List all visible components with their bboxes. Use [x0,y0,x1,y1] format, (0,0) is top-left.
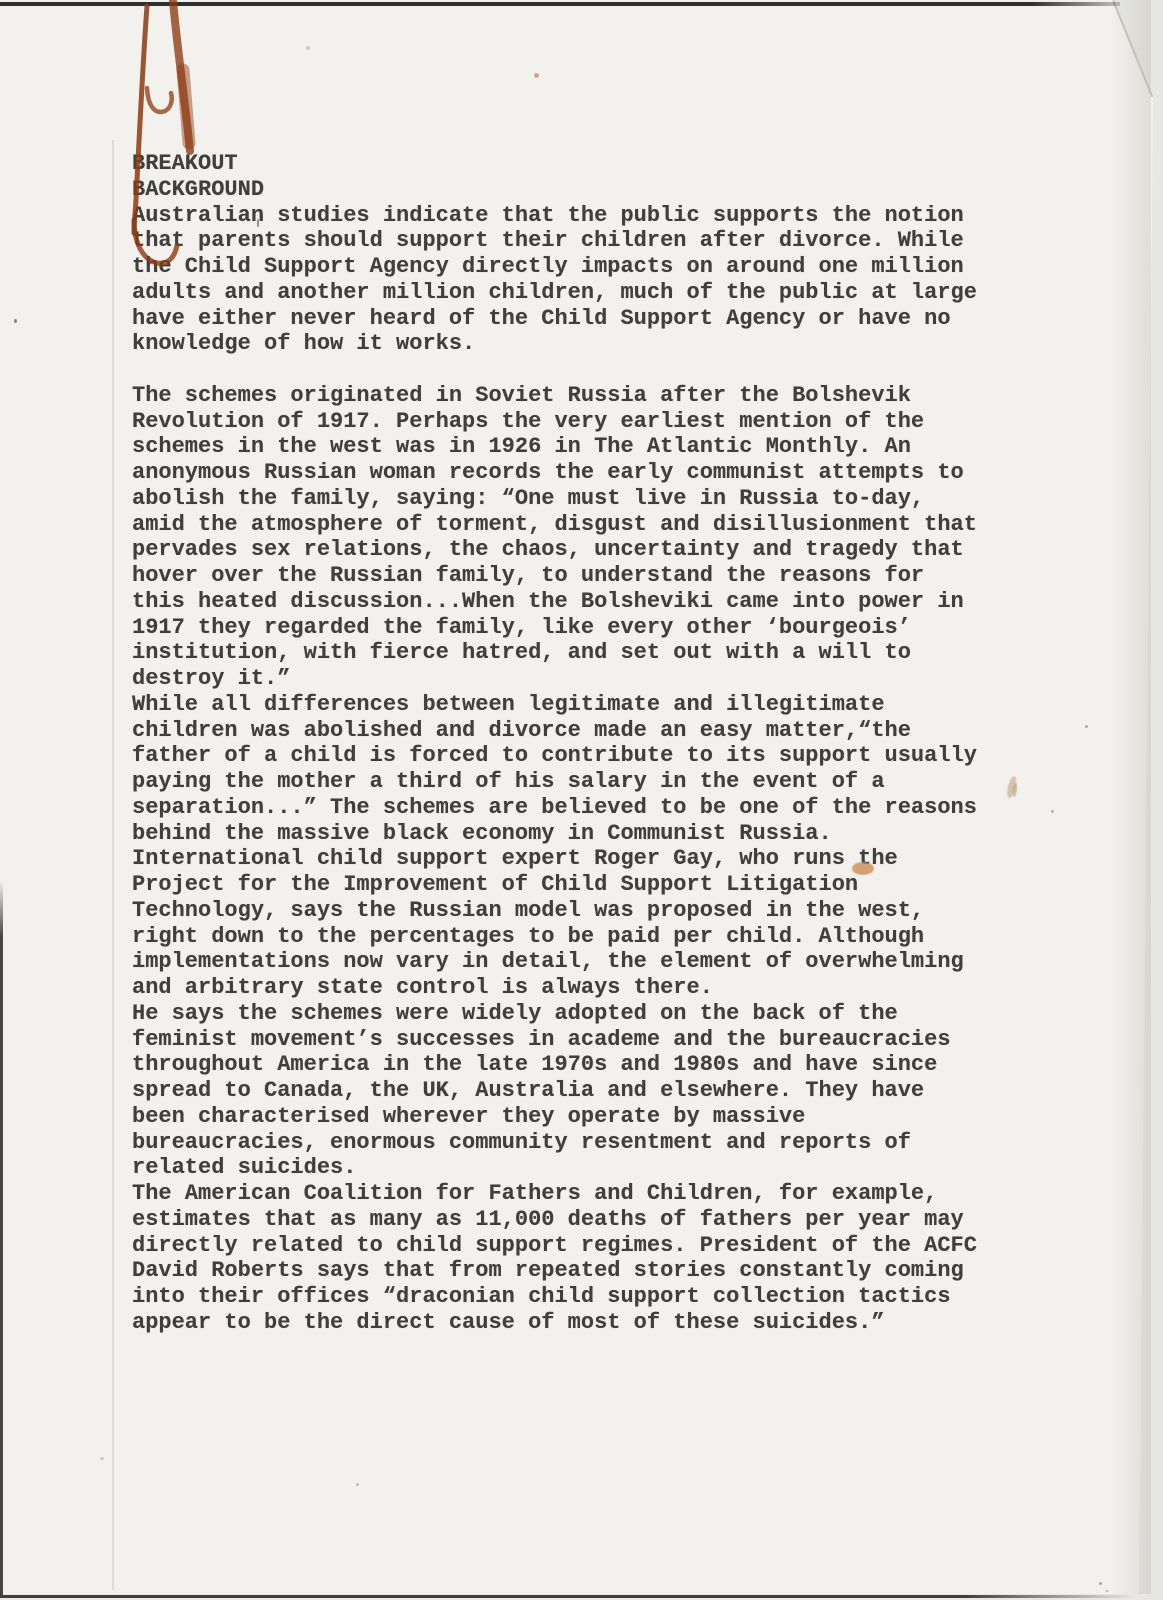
text-line-paragraph-2: Revolution of 1917. Perhaps the very ear… [132,409,1052,435]
text-line-paragraph-1: the Child Support Agency directly impact… [132,254,1052,280]
text-line-paragraph-3: separation...” The schemes are believed … [132,795,1052,821]
text-line-paragraph-6: into their offices “draconian child supp… [132,1284,1052,1310]
text-line-paragraph-5: related suicides. [132,1155,1052,1181]
text-line-paragraph-5: feminist movement’s successes in academe… [132,1027,1052,1053]
paper-crease [112,140,114,1590]
text-line-paragraph-5: He says the schemes were widely adopted … [132,1001,1052,1027]
text-line-paragraph-6: directly related to child support regime… [132,1233,1052,1259]
text-line-paragraph-2: schemes in the west was in 1926 in The A… [132,434,1052,460]
text-line-paragraph-2: anonymous Russian woman records the earl… [132,460,1052,486]
text-line-paragraph-4: Technology, says the Russian model was p… [132,898,1052,924]
scan-edge-top [0,2,1120,6]
text-line-paragraph-5: spread to Canada, the UK, Australia and … [132,1078,1052,1104]
text-line-paragraph-3: paying the mother a third of his salary … [132,769,1052,795]
text-line-paragraph-3: father of a child is forced to contribut… [132,743,1052,769]
text-line-paragraph-2: The schemes originated in Soviet Russia … [132,383,1052,409]
scan-edge-bottom [0,1595,1135,1598]
text-line-paragraph-2: 1917 they regarded the family, like ever… [132,615,1052,641]
text-line-paragraph-2: pervades sex relations, the chaos, uncer… [132,537,1052,563]
text-line-paragraph-5: been characterised wherever they operate… [132,1104,1052,1130]
text-line-paragraph-6: David Roberts says that from repeated st… [132,1258,1052,1284]
text-line-heading: BACKGROUND [132,177,1052,203]
text-line-paragraph-1: Australian studies indicate that the pub… [132,203,1052,229]
text-line-paragraph-4: implementations now vary in detail, the … [132,949,1052,975]
text-line-paragraph-1: that parents should support their childr… [132,228,1052,254]
text-line-paragraph-4: and arbitrary state control is always th… [132,975,1052,1001]
text-line-paragraph-3: children was abolished and divorce made … [132,718,1052,744]
text-line-paragraph-3: behind the massive black economy in Comm… [132,821,1052,847]
text-line-paragraph-1: knowledge of how it works. [132,331,1052,357]
text-line-paragraph-6: estimates that as many as 11,000 deaths … [132,1207,1052,1233]
text-line-paragraph-4: International child support expert Roger… [132,846,1052,872]
scanned-document-page: BREAKOUTBACKGROUNDAustralian studies ind… [0,0,1163,1600]
text-line-paragraph-2: this heated discussion...When the Bolshe… [132,589,1052,615]
text-line-heading: BREAKOUT [132,151,1052,177]
text-line-paragraph-5: bureaucracies, enormous community resent… [132,1130,1052,1156]
document-text: BREAKOUTBACKGROUNDAustralian studies ind… [132,151,1052,1336]
text-line-paragraph-1: have either never heard of the Child Sup… [132,306,1052,332]
text-line-paragraph-6: The American Coalition for Fathers and C… [132,1181,1052,1207]
text-line-paragraph-2: abolish the family, saying: “One must li… [132,486,1052,512]
text-line-paragraph-2: hover over the Russian family, to unders… [132,563,1052,589]
text-line-paragraph-6: appear to be the direct cause of most of… [132,1310,1052,1336]
text-line-paragraph-1: adults and another million children, muc… [132,280,1052,306]
text-line-paragraph-2: destroy it.” [132,666,1052,692]
blank-line [132,357,1052,383]
text-line-paragraph-5: throughout America in the late 1970s and… [132,1052,1052,1078]
scan-edge-left [0,880,3,1598]
text-line-paragraph-4: Project for the Improvement of Child Sup… [132,872,1052,898]
text-line-paragraph-3: While all differences between legitimate… [132,692,1052,718]
text-line-paragraph-2: amid the atmosphere of torment, disgust … [132,512,1052,538]
text-line-paragraph-4: right down to the percentages to be paid… [132,924,1052,950]
text-line-paragraph-2: institution, with fierce hatred, and set… [132,640,1052,666]
